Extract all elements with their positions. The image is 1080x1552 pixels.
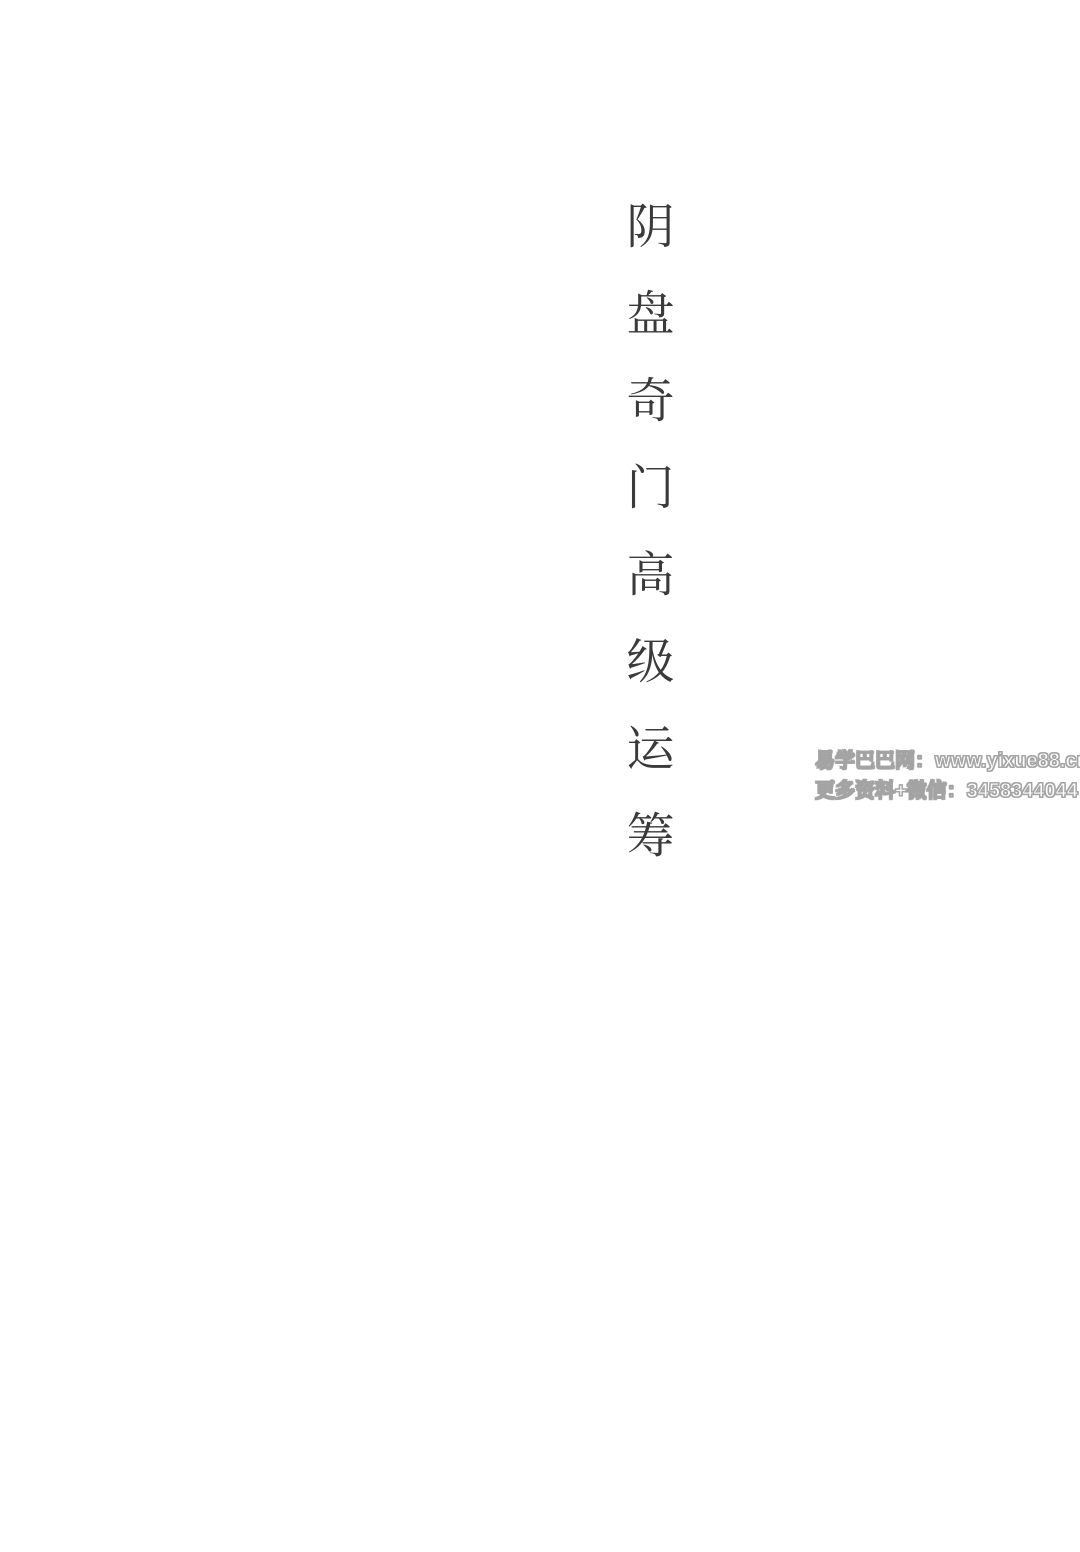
document-page: 阴盘奇门高级运筹 易学巴巴网：www.yixue88.cn 更多资料+微信：34… (0, 0, 1080, 1552)
watermark-contact-line: 更多资料+微信：3458344044 (815, 776, 1071, 806)
watermark-site-line: 易学巴巴网：www.yixue88.cn (815, 746, 1071, 776)
page-title: 阴盘奇门高级运筹 (621, 201, 669, 897)
watermark: 易学巴巴网：www.yixue88.cn 更多资料+微信：3458344044 (815, 746, 1071, 806)
